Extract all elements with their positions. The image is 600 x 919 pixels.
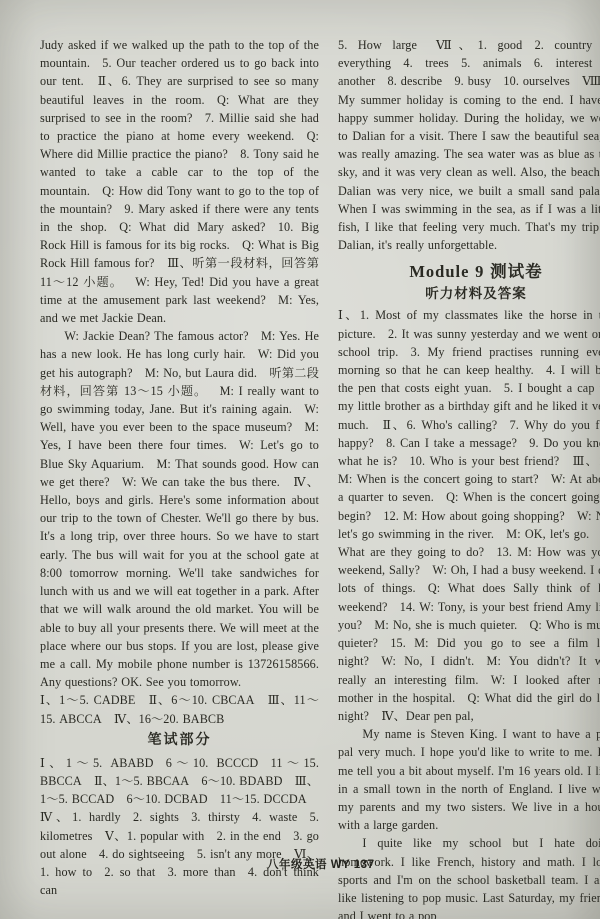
listening-answers-line: Ⅰ、1～5. CADBE Ⅱ、6～10. CBCAA Ⅲ、11～15. ABCC… [40, 691, 319, 727]
right-column: 5. How large Ⅶ、1. good 2. country 3. eve… [338, 36, 600, 919]
listening-dialog-and-monologue: W: Jackie Dean? The famous actor? M: Yes… [40, 327, 319, 691]
written-answers-block: Ⅰ、1～5. ABABD 6～10. BCCCD 11～15. BBCCA Ⅱ、… [40, 754, 319, 900]
pen-pal-letter-paragraph-1: My name is Steven King. I want to have a… [338, 725, 600, 834]
page-footer: 八年级英语 WY 137 [267, 856, 374, 872]
written-answers-continued: 5. How large Ⅶ、1. good 2. country 3. eve… [338, 36, 600, 254]
written-section-heading: 笔试部分 [40, 731, 319, 751]
listening-material-subtitle: 听力材料及答案 [338, 284, 600, 303]
listening-script-continued: Judy asked if we walked up the path to t… [40, 36, 319, 327]
module9-listening-script: Ⅰ、1. Most of my classmates like the hors… [338, 306, 600, 725]
left-column: Judy asked if we walked up the path to t… [40, 36, 319, 899]
scanned-textbook-page: { "page": { "background_color": "#d5d6cf… [0, 0, 600, 919]
pen-pal-letter-paragraph-2: I quite like my school but I hate doing … [338, 834, 600, 919]
module-test-title: Module 9 测试卷 [338, 261, 600, 283]
